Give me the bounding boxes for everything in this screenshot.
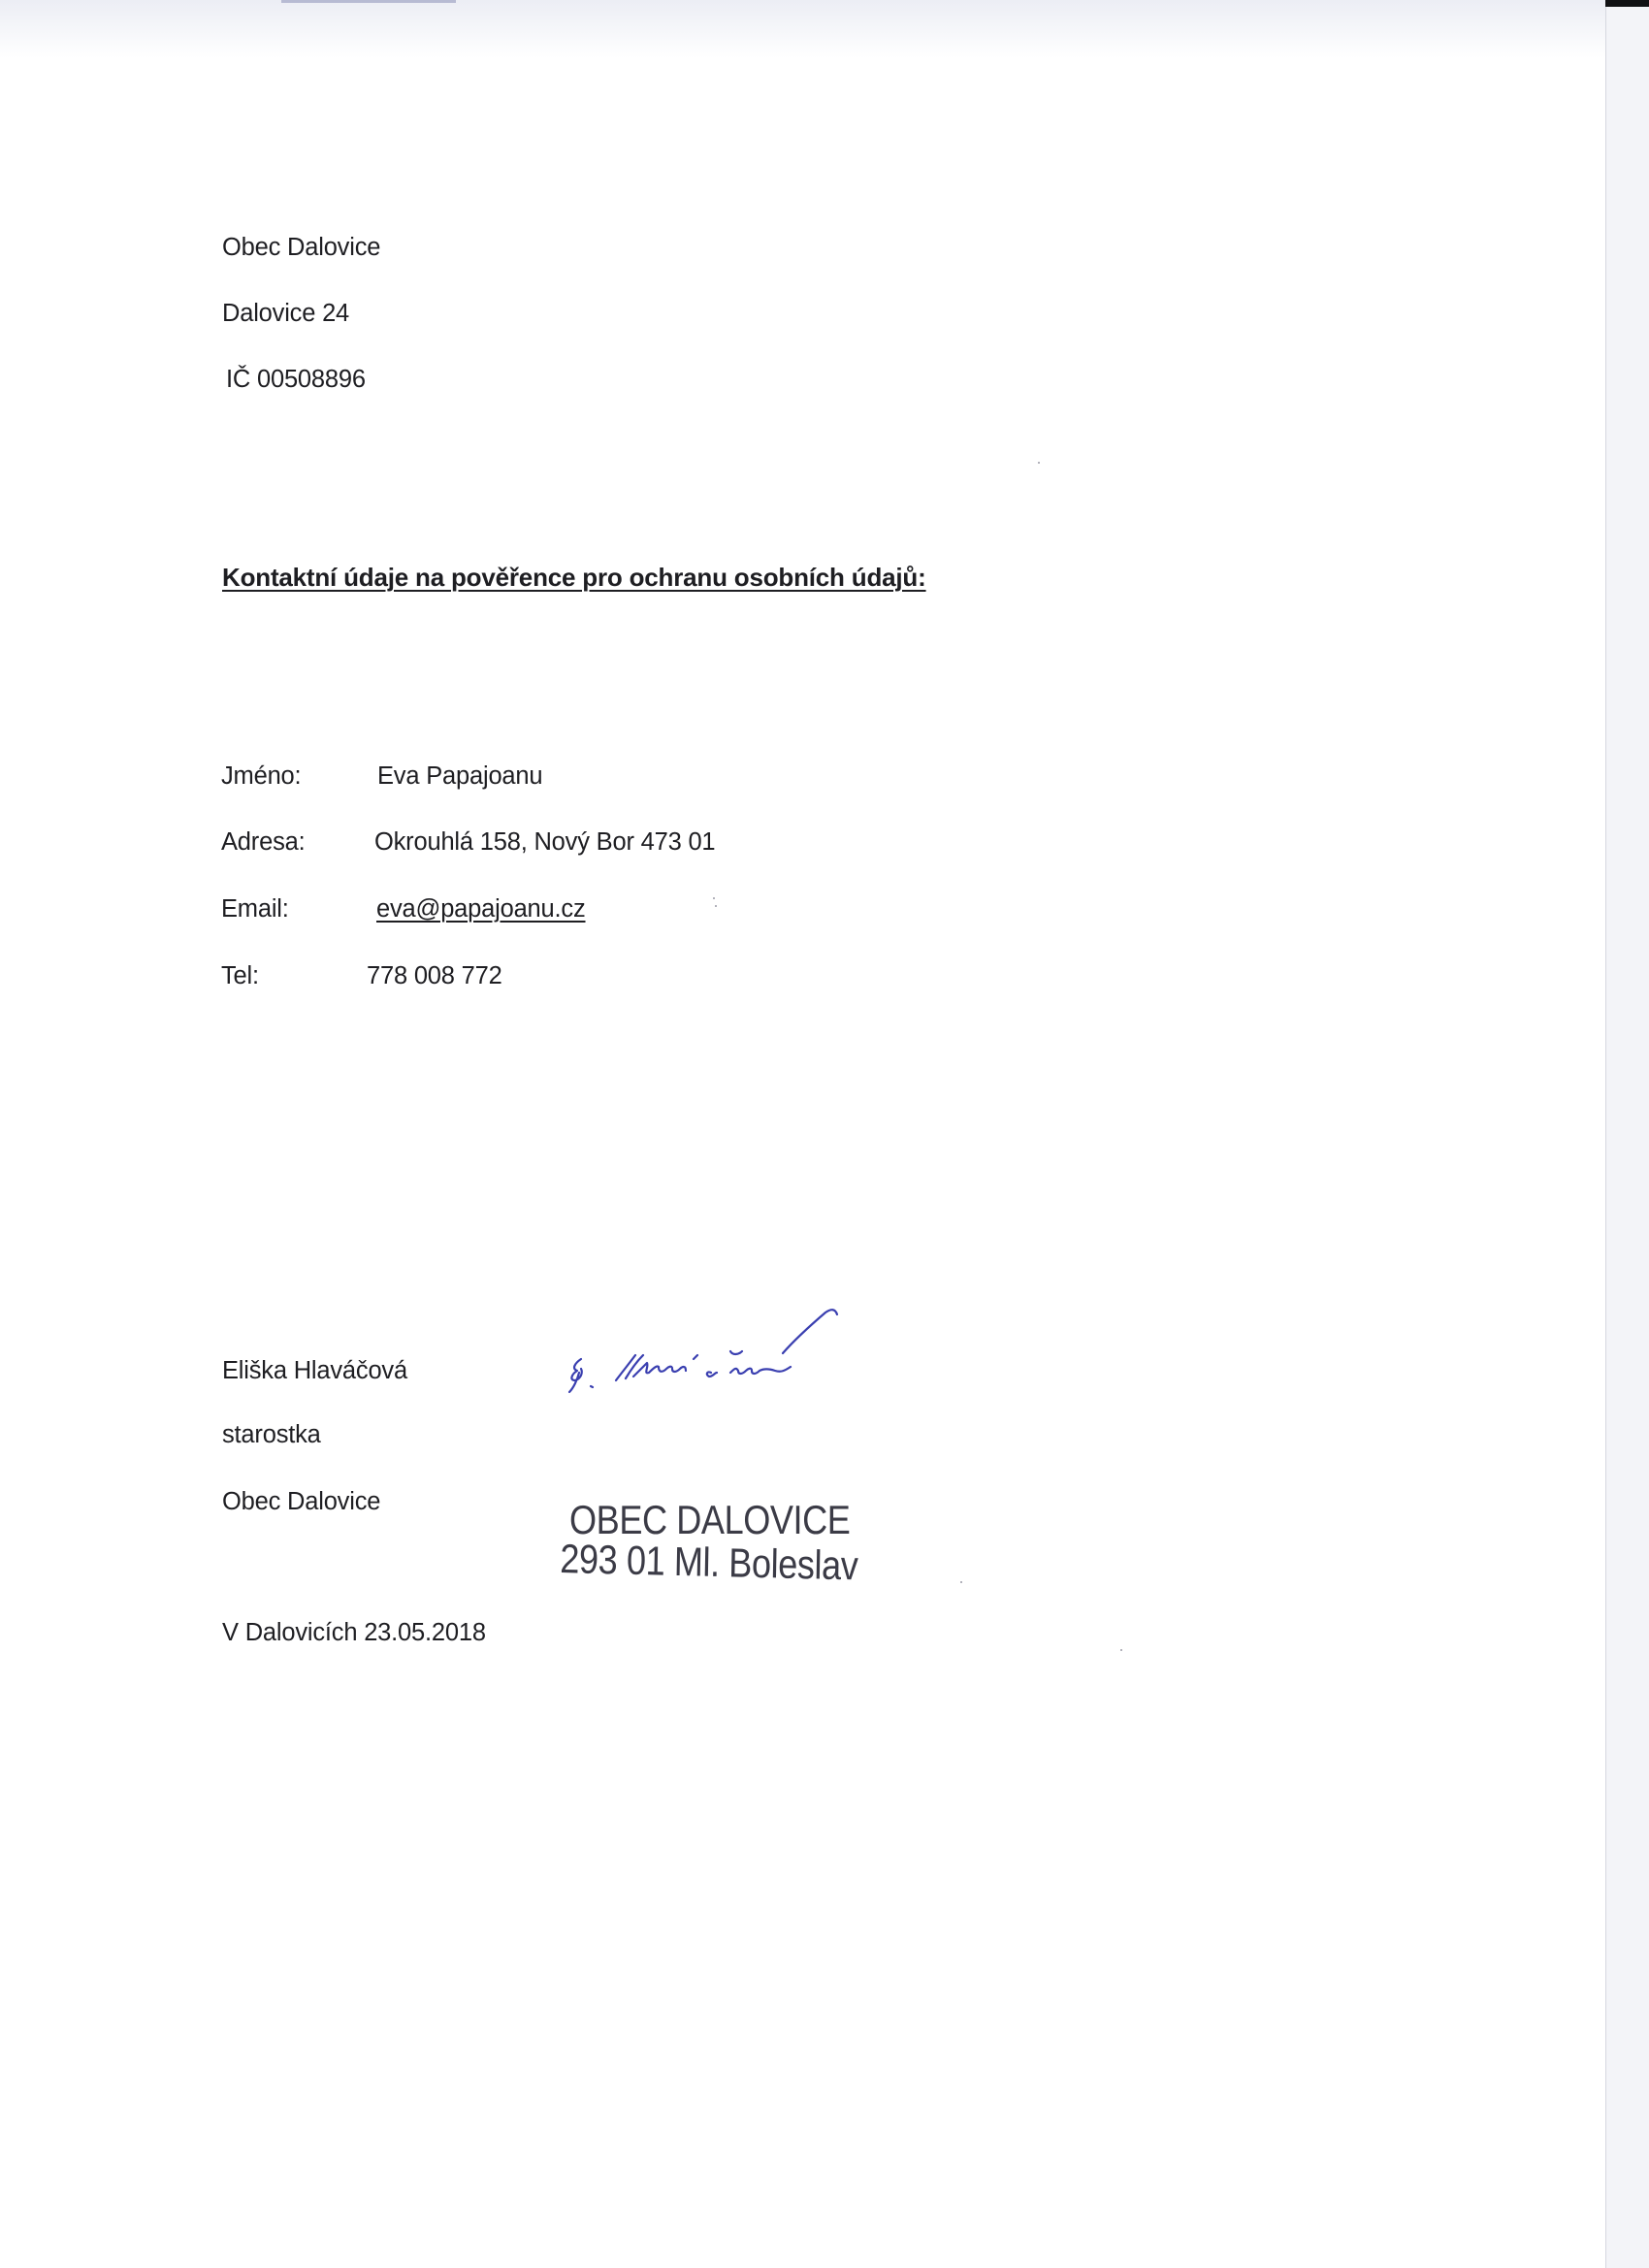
scan-speck bbox=[1038, 462, 1040, 464]
address-value: Okrouhlá 158, Nový Bor 473 01 bbox=[374, 830, 715, 856]
sender-name: Obec Dalovice bbox=[222, 236, 380, 261]
sender-address: Dalovice 24 bbox=[222, 302, 349, 327]
signatory-organization: Obec Dalovice bbox=[222, 1490, 380, 1515]
email-link[interactable]: eva@papajoanu.cz bbox=[376, 897, 586, 923]
tel-label: Tel: bbox=[221, 964, 259, 989]
handwritten-signature bbox=[558, 1295, 849, 1402]
name-value: Eva Papajoanu bbox=[377, 764, 542, 790]
scan-speck bbox=[715, 905, 717, 907]
address-label: Adresa: bbox=[221, 830, 305, 856]
scan-speck bbox=[1120, 1649, 1122, 1651]
signatory-role: starostka bbox=[222, 1423, 321, 1448]
scan-artifact bbox=[281, 0, 456, 3]
email-label: Email: bbox=[221, 897, 289, 923]
scan-edge-dark-bar bbox=[1605, 0, 1649, 7]
scan-speck bbox=[713, 897, 715, 899]
tel-value: 778 008 772 bbox=[367, 964, 502, 989]
place-date: V Dalovicích 23.05.2018 bbox=[222, 1621, 486, 1646]
scan-shadow-top bbox=[0, 0, 1605, 58]
signatory-name: Eliška Hlaváčová bbox=[222, 1359, 407, 1384]
scan-page-edge bbox=[1605, 0, 1649, 2268]
stamp-line-2: 293 01 Ml. Boleslav bbox=[560, 1539, 858, 1586]
scan-speck bbox=[960, 1581, 962, 1583]
name-label: Jméno: bbox=[221, 764, 301, 790]
sender-ico: IČ 00508896 bbox=[226, 368, 366, 393]
section-heading: Kontaktní údaje na pověřence pro ochranu… bbox=[222, 565, 926, 590]
stamp-line-1: OBEC DALOVICE bbox=[569, 1500, 850, 1540]
